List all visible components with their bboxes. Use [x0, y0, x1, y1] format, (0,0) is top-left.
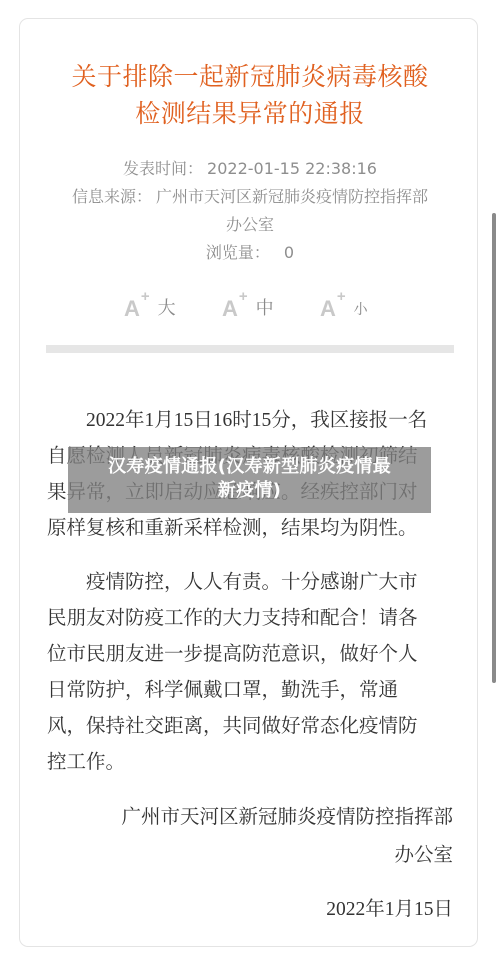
publish-time-label: 发表时间：	[123, 159, 203, 178]
publish-time: 发表时间：2022-01-15 22:38:16	[0, 159, 500, 179]
font-size-small-label: 小	[354, 298, 368, 322]
plus-icon: +	[337, 290, 346, 304]
font-size-large-label: 大	[158, 296, 176, 322]
article-title: 关于排除一起新冠肺炎病毒核酸 检测结果异常的通报	[0, 58, 500, 132]
paragraph-line: 疫情防控，人人有责。十分感谢广大市	[47, 565, 439, 601]
font-size-medium-label: 中	[256, 296, 274, 322]
paragraph-line: 控工作。	[47, 745, 439, 781]
font-size-small-button[interactable]: A + 小	[320, 290, 368, 322]
paragraph-line: 日常防护，科学佩戴口罩，勤洗手，常通	[47, 673, 439, 709]
font-increase-icon: A	[320, 296, 336, 322]
paragraph-line: 原样复核和重新采样检测，结果均为阴性。	[47, 511, 439, 547]
paragraph-line: 2022年1月15日16时15分，我区接报一名	[47, 403, 439, 439]
signature-organization-line-2: 办公室	[394, 838, 453, 874]
headline-overlay-banner: 汉寿疫情通报(汉寿新型肺炎疫情最 新疫情)	[68, 447, 431, 513]
signature-date: 2022年1月15日	[326, 892, 453, 928]
view-count: 浏览量：0	[0, 243, 500, 263]
info-source-value: 广州市天河区新冠肺炎疫情防控指挥部	[156, 187, 428, 206]
overlay-line-2: 新疫情)	[68, 479, 431, 503]
section-divider	[46, 345, 454, 353]
font-size-large-button[interactable]: A + 大	[124, 290, 176, 322]
article-title-line-2: 检测结果异常的通报	[0, 95, 500, 132]
view-count-value: 0	[284, 243, 294, 262]
plus-icon: +	[239, 290, 248, 304]
article-title-line-1: 关于排除一起新冠肺炎病毒核酸	[0, 58, 500, 95]
info-source-value-line-2: 办公室	[226, 215, 274, 234]
publish-time-value: 2022-01-15 22:38:16	[207, 159, 377, 178]
plus-icon: +	[141, 290, 150, 304]
signature-organization: 广州市天河区新冠肺炎疫情防控指挥部	[121, 800, 453, 836]
paragraph-line: 风，保持社交距离，共同做好常态化疫情防	[47, 709, 439, 745]
info-source: 信息来源：广州市天河区新冠肺炎疫情防控指挥部	[0, 187, 500, 207]
view-count-label: 浏览量：	[206, 243, 270, 262]
info-source-label: 信息来源：	[72, 187, 152, 206]
info-source-continued: 办公室	[0, 215, 500, 235]
paragraph-line: 位市民朋友进一步提高防范意识，做好个人	[47, 637, 439, 673]
font-size-medium-button[interactable]: A + 中	[222, 290, 274, 322]
paragraph-line: 民朋友对防疫工作的大力支持和配合！请各	[47, 601, 439, 637]
font-increase-icon: A	[222, 296, 238, 322]
vertical-scrollbar[interactable]	[492, 213, 496, 683]
article-paragraph-2: 疫情防控，人人有责。十分感谢广大市 民朋友对防疫工作的大力支持和配合！请各 位市…	[47, 565, 439, 781]
overlay-line-1: 汉寿疫情通报(汉寿新型肺炎疫情最	[68, 455, 431, 479]
font-size-controls: A + 大 A + 中 A + 小	[0, 290, 500, 322]
font-increase-icon: A	[124, 296, 140, 322]
